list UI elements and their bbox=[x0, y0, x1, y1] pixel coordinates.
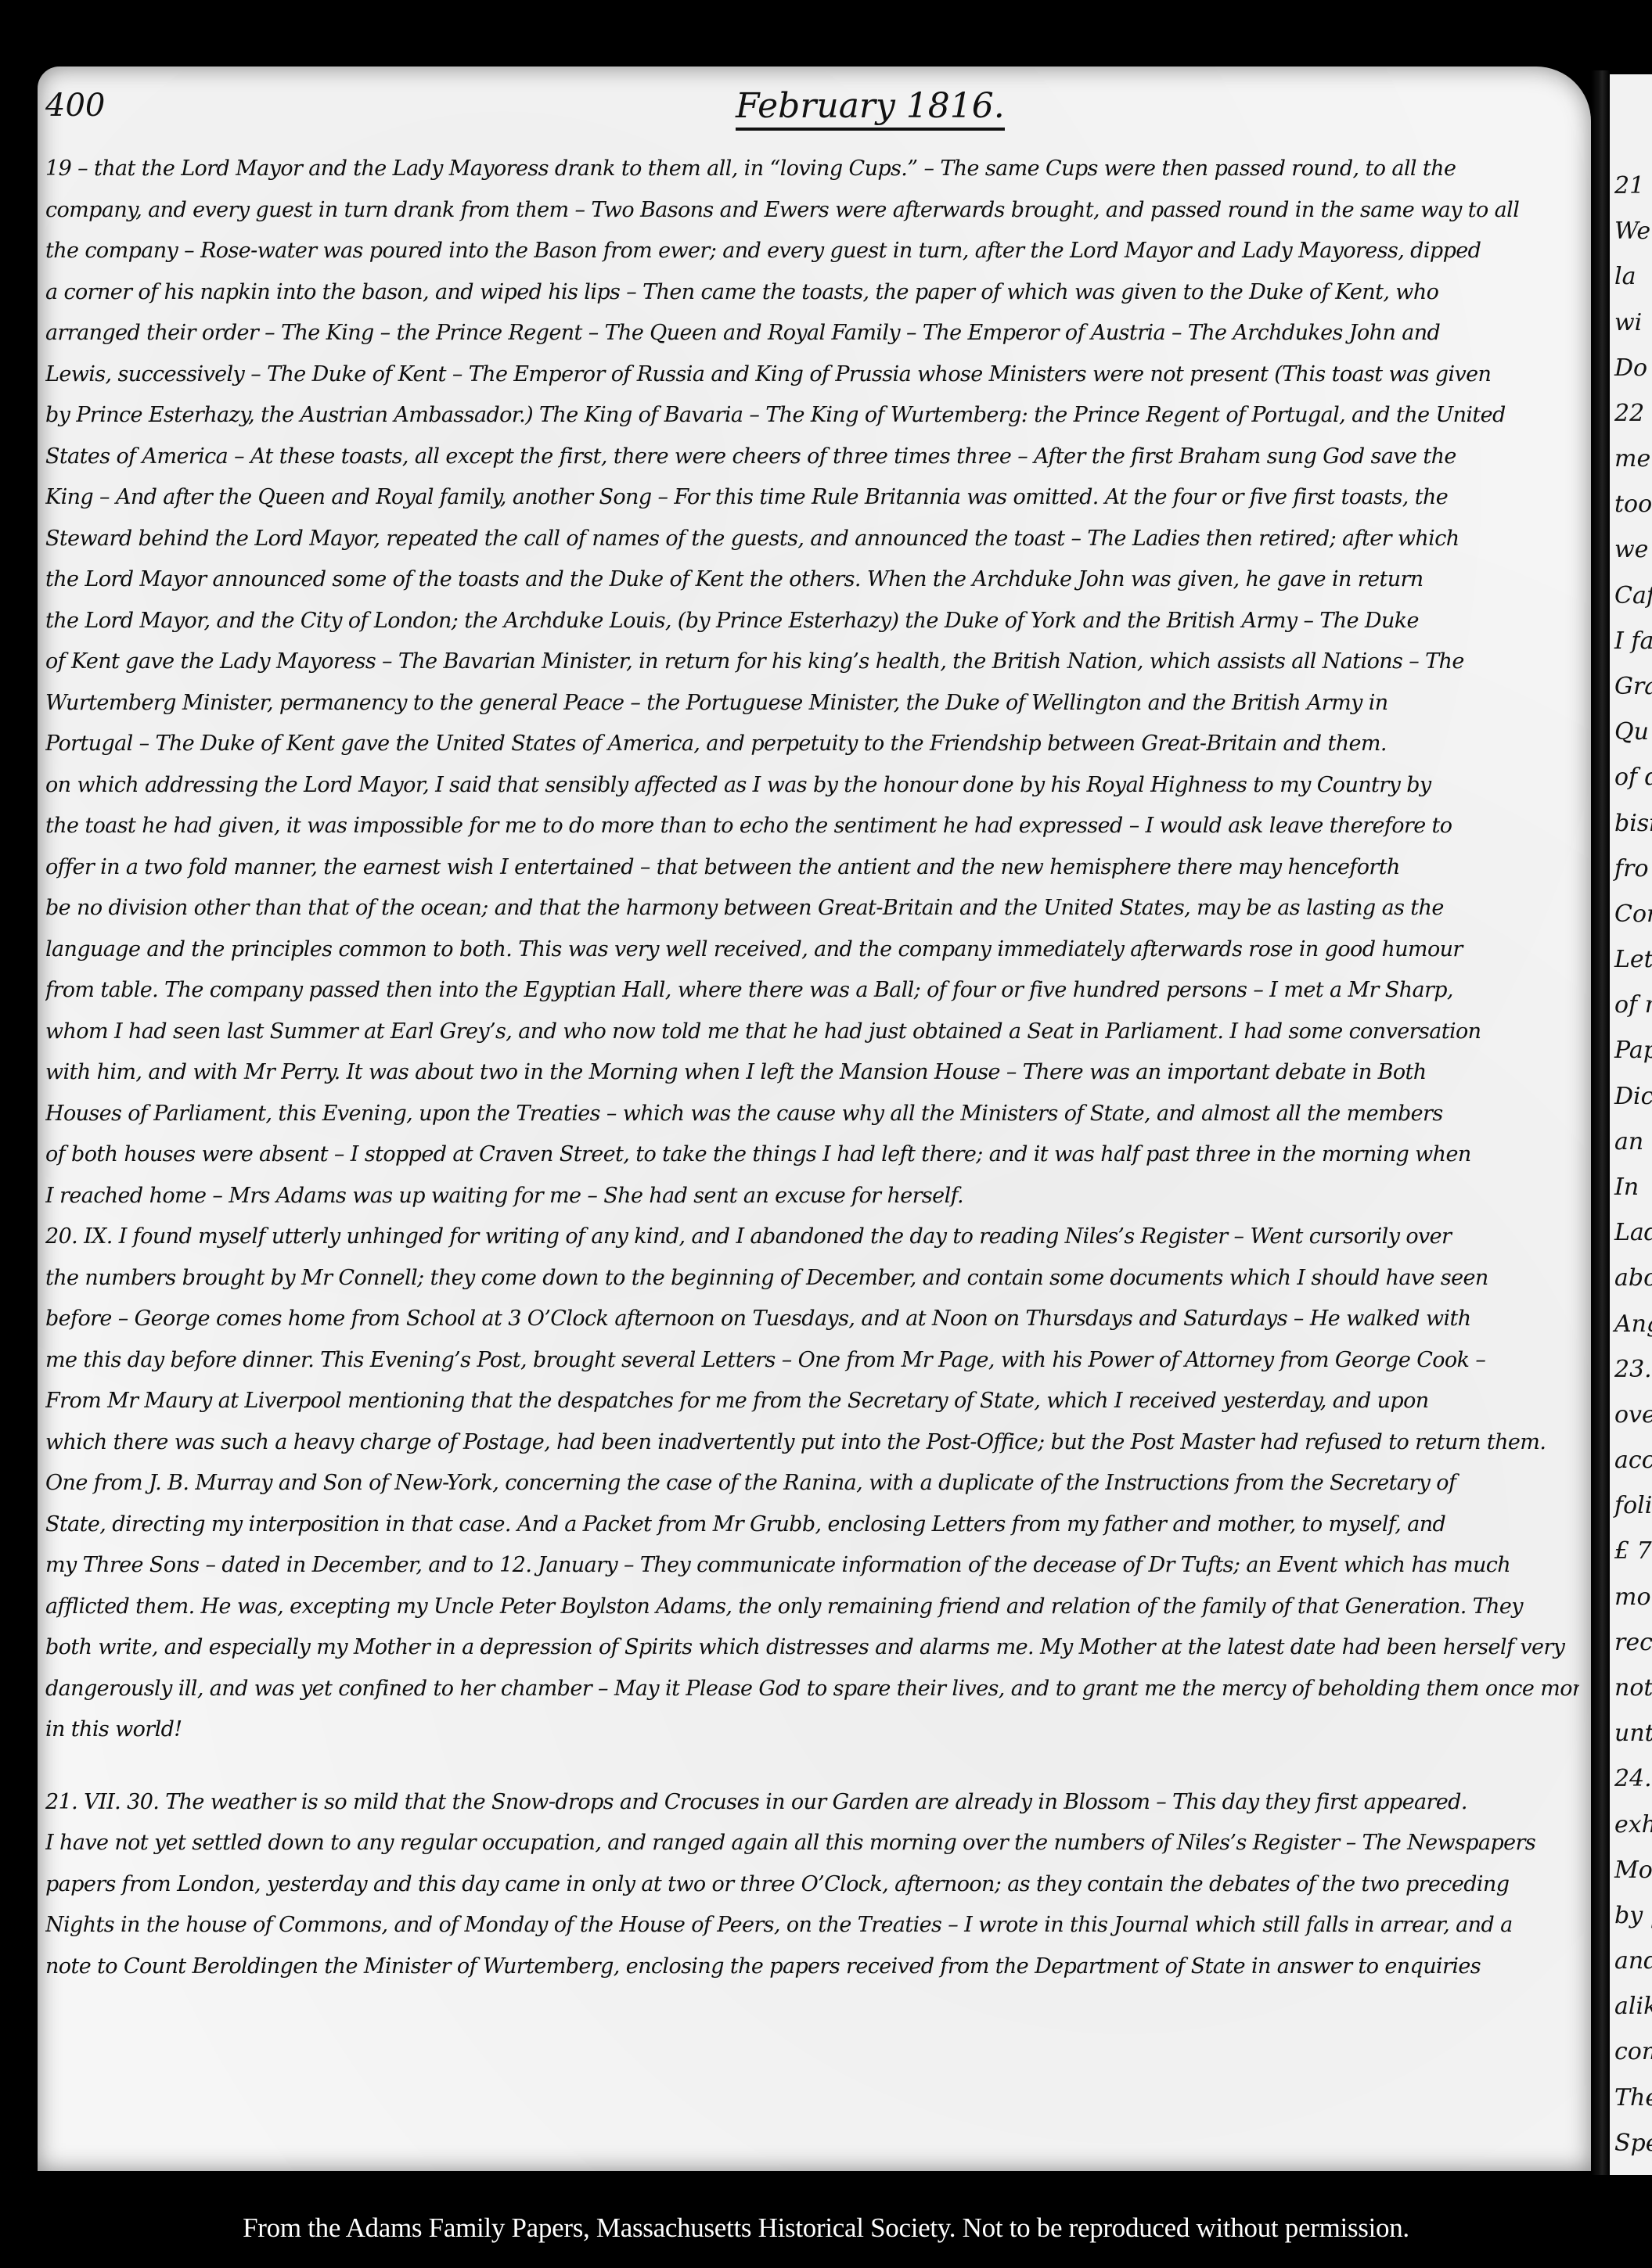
manuscript-line: note to Count Beroldingen the Minister o… bbox=[45, 1946, 1579, 1988]
manuscript-line: be no division other than that of the oc… bbox=[45, 888, 1579, 929]
manuscript-line: from table. The company passed then into… bbox=[45, 970, 1579, 1012]
manuscript-line: 21. VII. 30. The weather is so mild that… bbox=[45, 1782, 1579, 1824]
facing-page-fragment: notic bbox=[1614, 1674, 1652, 1702]
facing-page-fragment: Lett bbox=[1614, 946, 1652, 973]
facing-page-fragment: I fa bbox=[1614, 627, 1652, 655]
facing-page-fragment: folio bbox=[1614, 1492, 1652, 1519]
entry-gap bbox=[45, 1751, 1579, 1782]
book-gutter bbox=[1591, 70, 1610, 2175]
facing-page-fragment: bisi bbox=[1614, 810, 1652, 837]
manuscript-line: the Lord Mayor, and the City of London; … bbox=[45, 601, 1579, 642]
facing-page-fragment: rece bbox=[1614, 1629, 1652, 1656]
journal-text-body: 19 – that the Lord Mayor and the Lady Ma… bbox=[45, 149, 1579, 1987]
facing-page-edge: 21WelawiDo22metookweCafI faGraQuof dbisi… bbox=[1610, 74, 1652, 2175]
manuscript-line: Nights in the house of Commons, and of M… bbox=[45, 1905, 1579, 1946]
facing-page-fragment: and m bbox=[1614, 1947, 1652, 1975]
facing-page-fragment: We bbox=[1614, 217, 1650, 245]
manuscript-line: State, directing my interposition in tha… bbox=[45, 1504, 1579, 1546]
manuscript-line: Lewis, successively – The Duke of Kent –… bbox=[45, 354, 1579, 396]
facing-page-fragment: ove bbox=[1614, 1401, 1652, 1429]
manuscript-line: King – And after the Queen and Royal fam… bbox=[45, 477, 1579, 519]
facing-page-fragment: until bbox=[1614, 1720, 1652, 1747]
facing-page-fragment: exhi bbox=[1614, 1811, 1652, 1838]
facing-page-fragment: acco bbox=[1614, 1447, 1652, 1474]
manuscript-line: From Mr Maury at Liverpool mentioning th… bbox=[45, 1381, 1579, 1422]
copyright-caption: From the Adams Family Papers, Massachuse… bbox=[0, 2212, 1652, 2244]
manuscript-line: Houses of Parliament, this Evening, upon… bbox=[45, 1094, 1579, 1135]
manuscript-line: Steward behind the Lord Mayor, repeated … bbox=[45, 519, 1579, 560]
manuscript-line: arranged their order – The King – the Pr… bbox=[45, 313, 1579, 354]
facing-page-fragment: alike bbox=[1614, 1993, 1652, 2020]
manuscript-line: language and the principles common to bo… bbox=[45, 929, 1579, 971]
facing-page-fragment: an bbox=[1614, 1128, 1643, 1156]
facing-page-fragment: of d bbox=[1614, 764, 1652, 791]
manuscript-line: the company – Rose-water was poured into… bbox=[45, 231, 1579, 272]
facing-page-fragment: Com bbox=[1614, 900, 1652, 928]
manuscript-line: of both houses were absent – I stopped a… bbox=[45, 1134, 1579, 1176]
facing-page-fragment: took bbox=[1614, 491, 1652, 518]
facing-page-fragment: la bbox=[1614, 263, 1636, 290]
page-number: 400 bbox=[45, 88, 105, 124]
journal-entry: 21. VII. 30. The weather is so mild that… bbox=[45, 1782, 1579, 1988]
facing-page-fragment: £ 77 bbox=[1614, 1537, 1652, 1565]
manuscript-line: in this world! bbox=[45, 1709, 1579, 1751]
facing-page-fragment: Do bbox=[1614, 354, 1647, 382]
facing-page-fragment: we bbox=[1614, 536, 1648, 563]
manuscript-line: both write, and especially my Mother in … bbox=[45, 1627, 1579, 1669]
journal-entry: 19 – that the Lord Mayor and the Lady Ma… bbox=[45, 149, 1579, 1217]
facing-page-fragment: of n bbox=[1614, 991, 1652, 1019]
manuscript-line: the Lord Mayor announced some of the toa… bbox=[45, 559, 1579, 601]
facing-page-fragment: Pap bbox=[1614, 1037, 1652, 1064]
manuscript-line: whom I had seen last Summer at Earl Grey… bbox=[45, 1012, 1579, 1053]
manuscript-line: a corner of his napkin into the bason, a… bbox=[45, 272, 1579, 314]
manuscript-line: dangerously ill, and was yet confined to… bbox=[45, 1669, 1579, 1710]
manuscript-line: Portugal – The Duke of Kent gave the Uni… bbox=[45, 724, 1579, 765]
facing-page-fragment: Dic bbox=[1614, 1083, 1652, 1110]
manuscript-line: the toast he had given, it was impossibl… bbox=[45, 806, 1579, 847]
manuscript-line: 19 – that the Lord Mayor and the Lady Ma… bbox=[45, 149, 1579, 190]
manuscript-line: afflicted them. He was, excepting my Unc… bbox=[45, 1587, 1579, 1628]
facing-page-fragment: comm bbox=[1614, 2038, 1652, 2065]
facing-page-fragment: Lad bbox=[1614, 1219, 1652, 1246]
manuscript-line: which there was such a heavy charge of P… bbox=[45, 1422, 1579, 1464]
manuscript-line: One from J. B. Murray and Son of New-Yor… bbox=[45, 1463, 1579, 1504]
manuscript-line: by Prince Esterhazy, the Austrian Ambass… bbox=[45, 395, 1579, 437]
manuscript-line: Wurtemberg Minister, permanency to the g… bbox=[45, 683, 1579, 724]
manuscript-line: company, and every guest in turn drank f… bbox=[45, 190, 1579, 232]
facing-page-fragment: me bbox=[1614, 445, 1650, 473]
facing-page-fragment: 24. V bbox=[1614, 1765, 1652, 1792]
facing-page-fragment: mor bbox=[1614, 1583, 1652, 1611]
manuscript-line: 20. IX. I found myself utterly unhinged … bbox=[45, 1217, 1579, 1258]
facing-page-fragment: abo bbox=[1614, 1264, 1652, 1292]
manuscript-line: offer in a two fold manner, the earnest … bbox=[45, 847, 1579, 889]
facing-page-fragment: wi bbox=[1614, 309, 1642, 336]
journal-entry: 20. IX. I found myself utterly unhinged … bbox=[45, 1217, 1579, 1751]
manuscript-line: States of America – At these toasts, all… bbox=[45, 437, 1579, 478]
facing-page-fragment: 22 bbox=[1614, 400, 1644, 427]
manuscript-line: papers from London, yesterday and this d… bbox=[45, 1864, 1579, 1906]
manuscript-line: before – George comes home from School a… bbox=[45, 1299, 1579, 1340]
facing-page-fragment: by p bbox=[1614, 1902, 1652, 1929]
facing-page-fragment: Qu bbox=[1614, 718, 1649, 746]
facing-page-fragment: The m bbox=[1614, 2084, 1652, 2112]
facing-page-fragment: In bbox=[1614, 1174, 1639, 1201]
facing-page-fragment: Ang bbox=[1614, 1310, 1652, 1338]
facing-page-fragment: 21 bbox=[1614, 172, 1644, 199]
page-heading: February 1816. bbox=[736, 86, 1005, 131]
manuscript-line: with him, and with Mr Perry. It was abou… bbox=[45, 1052, 1579, 1094]
manuscript-line: I reached home – Mrs Adams was up waitin… bbox=[45, 1176, 1579, 1217]
manuscript-line: on which addressing the Lord Mayor, I sa… bbox=[45, 765, 1579, 807]
facing-page-fragment: Mop bbox=[1614, 1856, 1652, 1884]
facing-page-fragment: Gra bbox=[1614, 673, 1652, 700]
manuscript-line: of Kent gave the Lady Mayoress – The Bav… bbox=[45, 642, 1579, 683]
facing-page-fragment: Speak bbox=[1614, 2130, 1652, 2157]
manuscript-line: me this day before dinner. This Evening’… bbox=[45, 1340, 1579, 1382]
manuscript-line: I have not yet settled down to any regul… bbox=[45, 1823, 1579, 1864]
manuscript-line: the numbers brought by Mr Connell; they … bbox=[45, 1258, 1579, 1299]
facing-page-fragment: Caf bbox=[1614, 582, 1652, 609]
facing-page-fragment: 23. bbox=[1614, 1356, 1652, 1383]
facing-page-fragment: fro bbox=[1614, 855, 1649, 882]
manuscript-line: my Three Sons – dated in December, and t… bbox=[45, 1545, 1579, 1587]
